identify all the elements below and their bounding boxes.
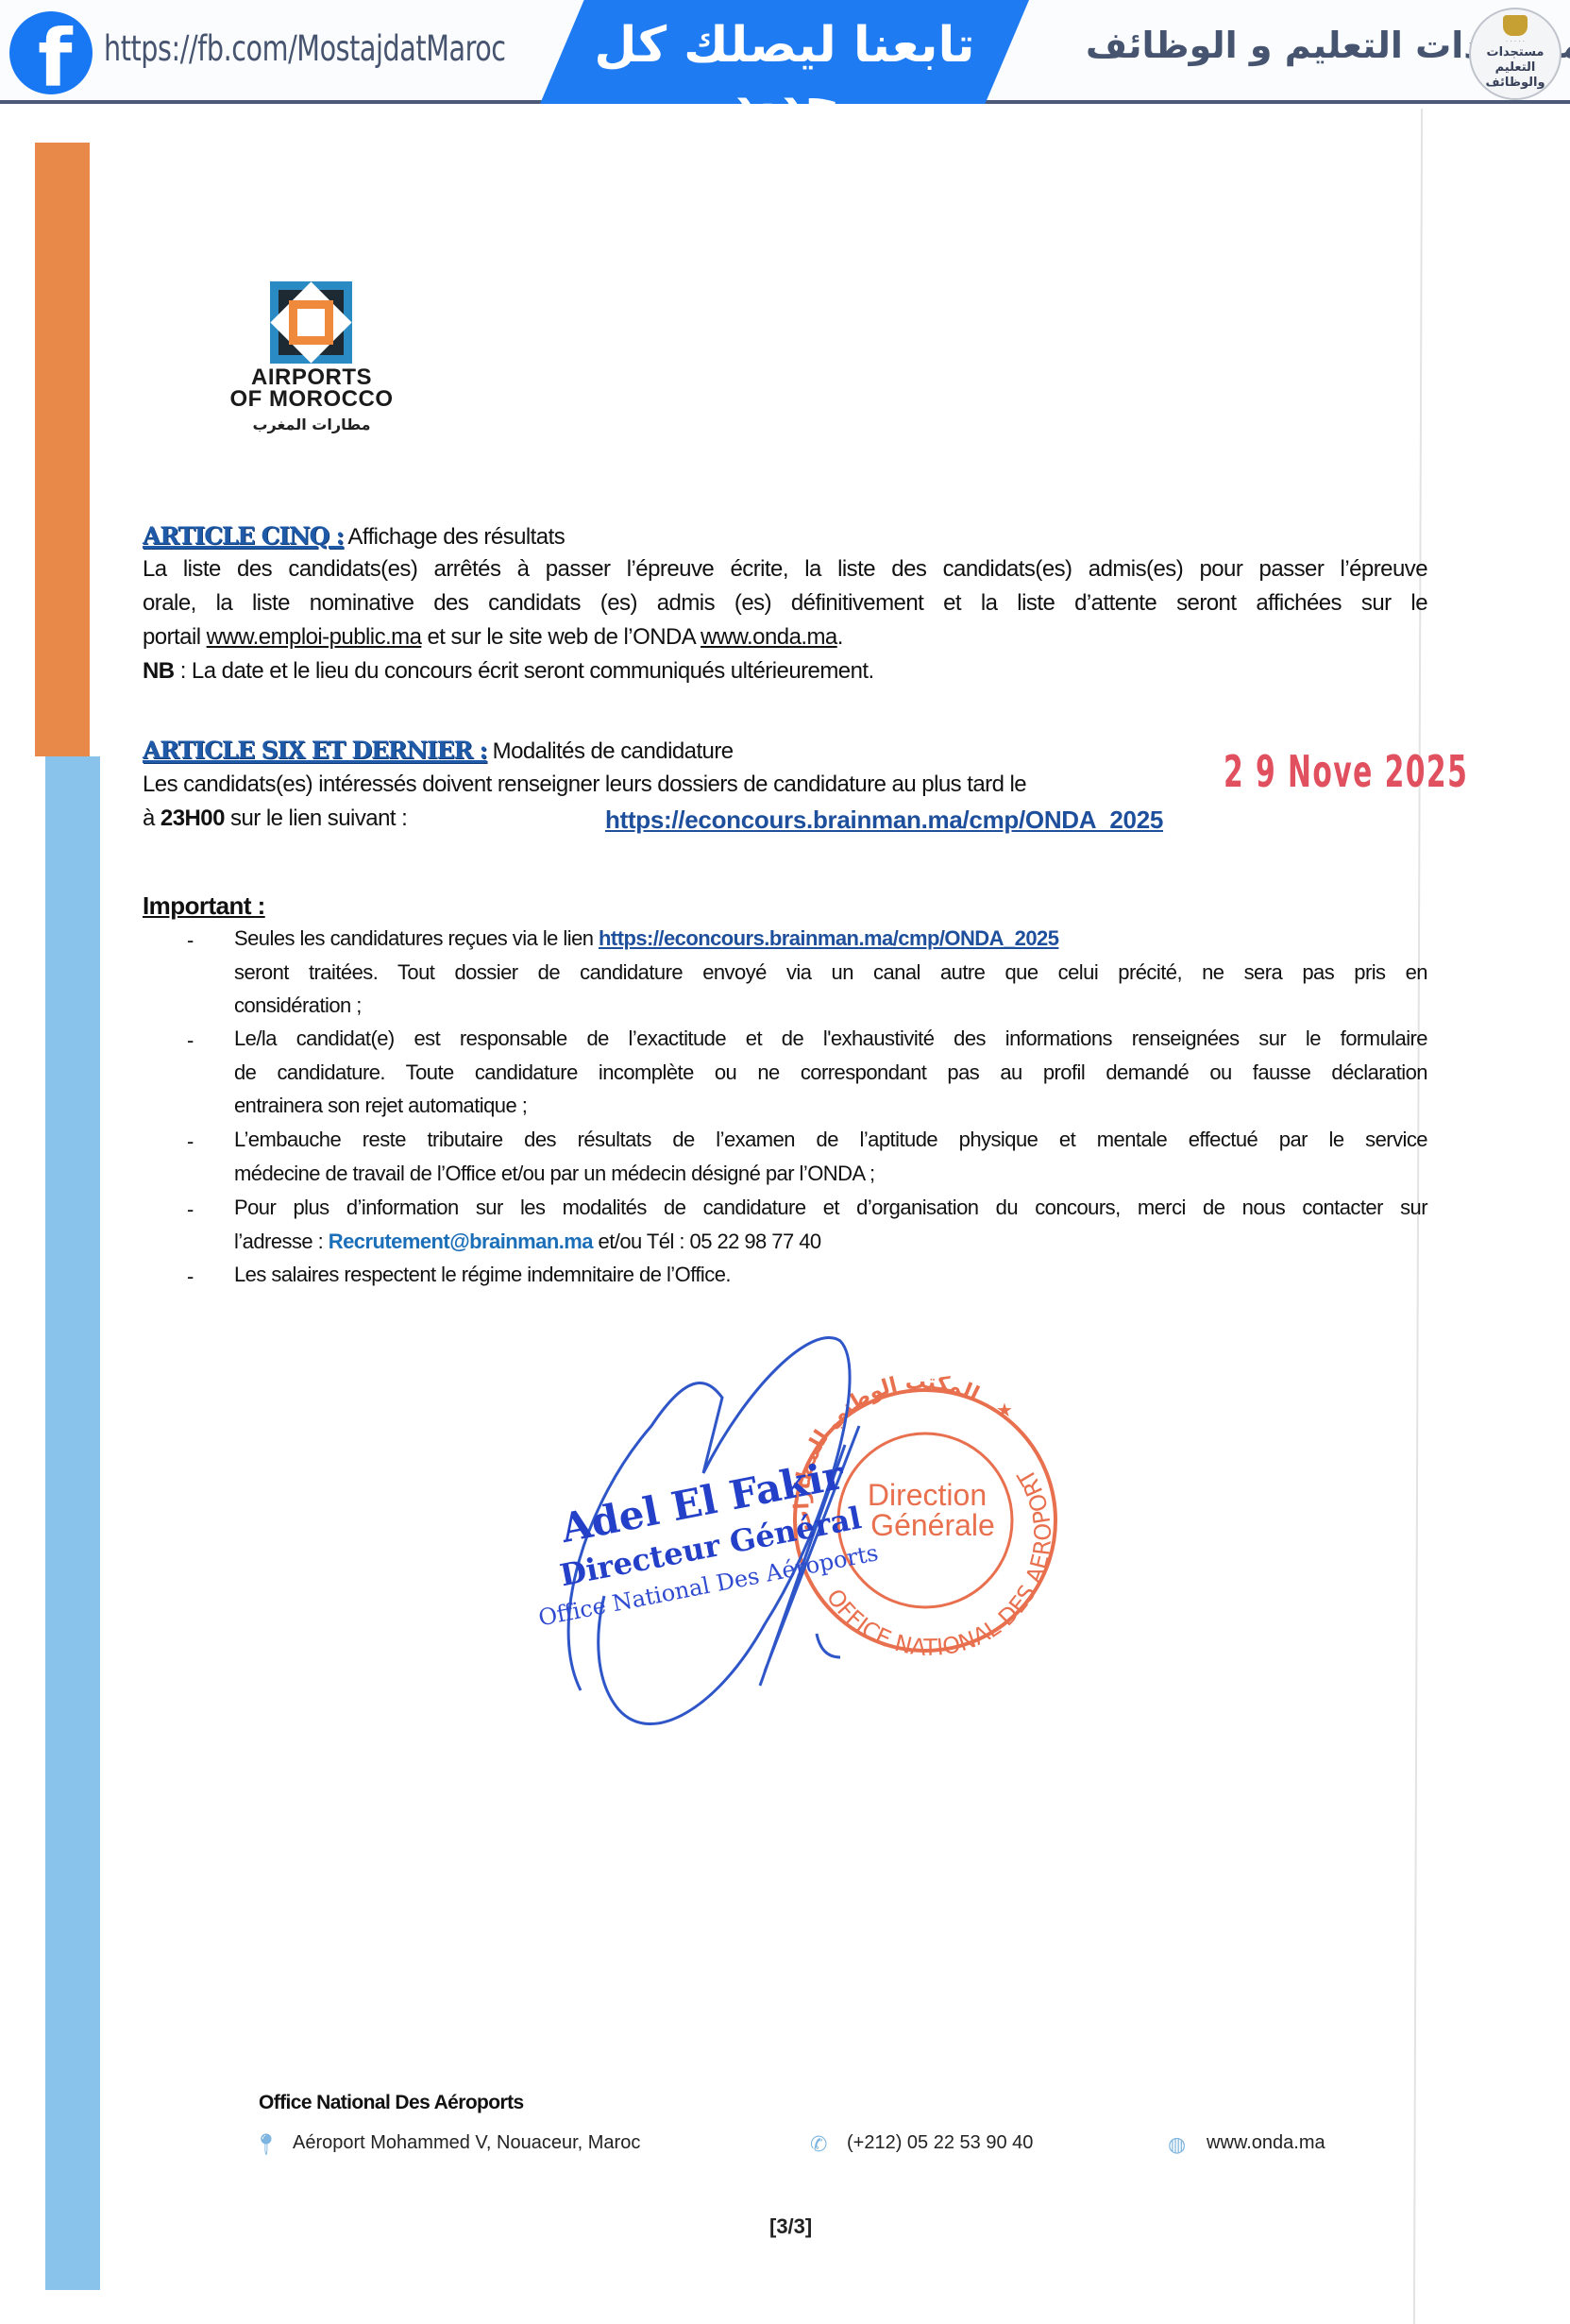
side-bar-orange xyxy=(35,143,90,756)
bullet-2: - xyxy=(187,1028,194,1053)
article-5-note: NB : La date et le lieu du concours écri… xyxy=(143,658,874,685)
article-6-heading: ARTICLE SIX ET DERNIER : Modalités de ca… xyxy=(143,737,734,765)
bullet-5: - xyxy=(187,1264,194,1289)
svg-text:★: ★ xyxy=(996,1399,1013,1421)
deadline-date-stamp: 2 9 Nove 2025 xyxy=(1224,746,1468,797)
footer-address: Aéroport Mohammed V, Nouaceur, Maroc xyxy=(293,2132,640,2154)
application-link-text[interactable]: https://econcours.brainman.ma/cmp/ONDA_2… xyxy=(605,806,1163,834)
text: portail xyxy=(143,624,207,650)
follow-us-text: تابعنا ليصلك كل جديد xyxy=(540,17,1029,130)
nb-label: NB xyxy=(143,658,175,684)
stamp-center-line-2: Générale xyxy=(870,1508,995,1542)
article-6-line-1: Les candidats(es) intéressés doivent ren… xyxy=(143,772,1026,798)
contact-phone: et/ou Tél : 05 22 98 77 40 xyxy=(593,1230,821,1253)
important-item-2-line-1: Le/la candidat(e) est responsable de l’e… xyxy=(234,1026,1427,1051)
page-number: [3/3] xyxy=(769,2214,812,2239)
logo-line-2: OF MOROCCO xyxy=(206,388,417,410)
globe-icon: ◍ xyxy=(1168,2132,1186,2157)
article-5-line-3: portail www.emploi-public.ma et sur le s… xyxy=(143,624,843,651)
logo-arabic: مطارات المغرب xyxy=(206,416,417,433)
ministry-caption: · · · · · xyxy=(1471,38,1560,45)
article-5-title: ARTICLE CINQ : xyxy=(143,522,344,550)
econcours-link[interactable]: https://econcours.brainman.ma/cmp/ONDA_2… xyxy=(599,926,1058,950)
phone-icon: ✆ xyxy=(810,2132,827,2157)
bullet-4: - xyxy=(187,1197,194,1222)
logo-line-1: AIRPORTS xyxy=(206,366,417,388)
important-item-2-line-2: de candidature. Toute candidature incomp… xyxy=(234,1060,1427,1085)
important-item-1-line-3: considération ; xyxy=(234,993,362,1018)
text: et sur le site web de l’ONDA xyxy=(421,624,701,650)
stamp-center-line-1: Direction xyxy=(868,1478,987,1512)
important-item-3-line-1: L’embauche reste tributaire des résultat… xyxy=(234,1128,1427,1152)
brand-logo-text: مستجدات التعليم والوظائف xyxy=(1471,45,1560,91)
application-link[interactable]: https://econcours.brainman.ma/cmp/ONDA_2… xyxy=(605,806,1163,835)
article-5-subtitle: Affichage des résultats xyxy=(347,524,565,550)
brand-logo: · · · · · مستجدات التعليم والوظائف xyxy=(1469,8,1562,100)
text: sur le lien suivant : xyxy=(225,806,407,831)
recruitment-email-link[interactable]: Recrutement@brainman.ma xyxy=(329,1230,593,1253)
bullet-3: - xyxy=(187,1129,194,1154)
nb-text: : La date et le lieu du concours écrit s… xyxy=(175,658,874,684)
article-5-line-1: La liste des candidats(es) arrêtés à pas… xyxy=(143,556,1427,583)
text: . xyxy=(837,624,843,650)
footer-website-link[interactable]: www.onda.ma xyxy=(1207,2132,1325,2154)
facebook-icon[interactable]: f xyxy=(9,11,93,94)
article-6-line-2: à 23H00 sur le lien suivant : xyxy=(143,806,407,832)
facebook-page-link[interactable]: https://fb.com/MostajdatMaroc xyxy=(104,28,506,69)
important-item-1-line-2: seront traitées. Tout dossier de candida… xyxy=(234,960,1427,985)
coat-of-arms-icon xyxy=(1503,15,1528,36)
text: l’adresse : xyxy=(234,1230,329,1253)
important-item-5: Les salaires respectent le régime indemn… xyxy=(234,1263,731,1287)
article-6-title: ARTICLE SIX ET DERNIER : xyxy=(143,737,487,764)
important-item-4-line-2: l’adresse : Recrutement@brainman.ma et/o… xyxy=(234,1230,821,1254)
airports-of-morocco-logo-icon xyxy=(270,281,352,364)
important-title: Important : xyxy=(143,891,265,920)
emploi-public-link[interactable]: www.emploi-public.ma xyxy=(207,624,422,650)
text: Seules les candidatures reçues via le li… xyxy=(234,926,599,950)
text: à xyxy=(143,806,160,831)
deadline-time: 23H00 xyxy=(160,806,225,831)
important-item-4-line-1: Pour plus d’information sur les modalité… xyxy=(234,1196,1427,1220)
article-6-subtitle: Modalités de candidature xyxy=(493,738,734,764)
important-item-2-line-3: entrainera son rejet automatique ; xyxy=(234,1094,527,1118)
footer-organization: Office National Des Aéroports xyxy=(259,2092,524,2114)
onda-website-link[interactable]: www.onda.ma xyxy=(701,624,837,650)
side-bar-blue xyxy=(45,756,100,2290)
important-item-3-line-2: médecine de travail de l’Office et/ou pa… xyxy=(234,1162,875,1186)
location-pin-icon: 📍︎ xyxy=(253,2132,279,2157)
bullet-1: - xyxy=(187,928,194,953)
article-5-line-2: orale, la liste nominative des candidats… xyxy=(143,590,1427,617)
important-item-1-line-1: Seules les candidatures reçues via le li… xyxy=(234,926,1058,951)
article-5-heading: ARTICLE CINQ : Affichage des résultats xyxy=(143,522,565,551)
important-heading: Important : xyxy=(143,891,265,921)
footer-phone: (+212) 05 22 53 90 40 xyxy=(847,2132,1033,2154)
logo-wordmark: AIRPORTS OF MOROCCO xyxy=(206,366,417,410)
